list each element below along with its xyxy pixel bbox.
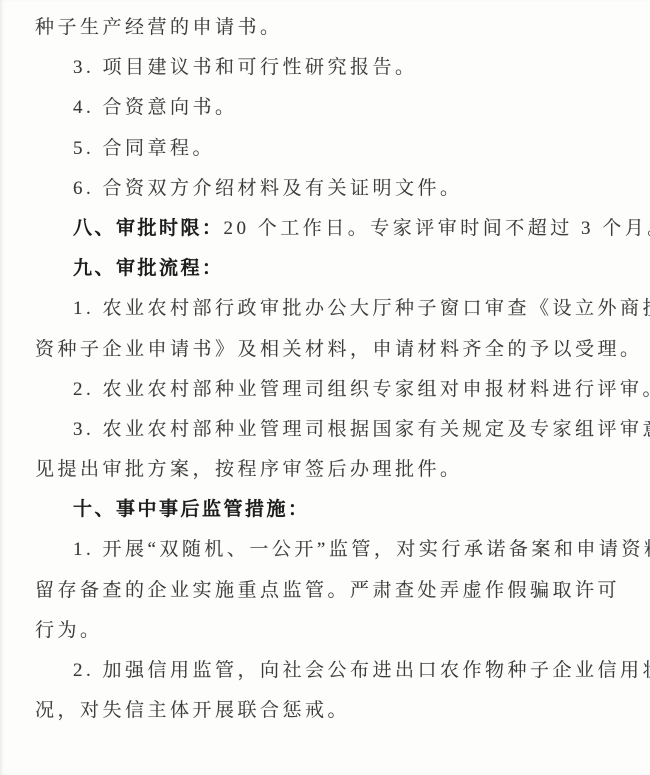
- body-text: 5. 合同章程。: [73, 138, 215, 159]
- document-page: 种子生产经营的申请书。 3. 项目建议书和可行性研究报告。 4. 合资意向书。 …: [0, 0, 650, 775]
- list-item-5: 5. 合同章程。: [35, 129, 634, 169]
- body-text: 3. 农业农村部种业管理司根据国家有关规定及专家组评审意: [73, 419, 650, 440]
- section-heading-approval-process: 九、审批流程：: [35, 249, 634, 289]
- body-text: 留存备查的企业实施重点监管。严肃查处弄虚作假骗取许可: [35, 580, 620, 601]
- supervision-item-2-line-1: 2. 加强信用监管，向社会公布进出口农作物种子企业信用状: [35, 651, 634, 691]
- process-step-2: 2. 农业农村部种业管理司组织专家组对申报材料进行评审。: [35, 370, 634, 410]
- body-text: 1. 开展“双随机、一公开”监管，对实行承诺备案和申请资料: [73, 539, 650, 560]
- supervision-item-1-line-3: 行为。: [35, 611, 634, 651]
- body-text: 2. 加强信用监管，向社会公布进出口农作物种子企业信用状: [73, 660, 650, 681]
- body-text: 4. 合资意向书。: [73, 97, 238, 118]
- body-text: 种子生产经营的申请书。: [35, 17, 283, 38]
- list-item-4: 4. 合资意向书。: [35, 88, 634, 128]
- body-text: 1. 农业农村部行政审批办公大厅种子窗口审查《设立外商投: [73, 298, 650, 319]
- body-text: 行为。: [35, 620, 103, 641]
- body-text: 6. 合资双方介绍材料及有关证明文件。: [73, 178, 463, 199]
- body-text: 3. 项目建议书和可行性研究报告。: [73, 57, 418, 78]
- list-item-3: 3. 项目建议书和可行性研究报告。: [35, 48, 634, 88]
- section-heading-text: 九、审批流程：: [73, 258, 224, 279]
- section-heading-approval-time-limit: 八、审批时限：20 个工作日。专家评审时间不超过 3 个月。: [35, 209, 634, 249]
- process-step-1-line-2: 资种子企业申请书》及相关材料，申请材料齐全的予以受理。: [35, 330, 634, 370]
- body-text: 20 个工作日。专家评审时间不超过 3 个月。: [224, 218, 650, 239]
- body-text: 2. 农业农村部种业管理司组织专家组对申报材料进行评审。: [73, 379, 650, 400]
- supervision-item-1-line-1: 1. 开展“双随机、一公开”监管，对实行承诺备案和申请资料: [35, 530, 634, 570]
- body-text: 况，对失信主体开展联合惩戒。: [35, 700, 350, 721]
- process-step-3-line-1: 3. 农业农村部种业管理司根据国家有关规定及专家组评审意: [35, 410, 634, 450]
- paragraph-continuation-line: 种子生产经营的申请书。: [35, 8, 634, 48]
- list-item-6: 6. 合资双方介绍材料及有关证明文件。: [35, 169, 634, 209]
- supervision-item-2-line-2: 况，对失信主体开展联合惩戒。: [35, 691, 634, 731]
- body-text: 见提出审批方案，按程序审签后办理批件。: [35, 459, 463, 480]
- process-step-1-line-1: 1. 农业农村部行政审批办公大厅种子窗口审查《设立外商投: [35, 289, 634, 329]
- section-heading-text: 八、审批时限：: [73, 218, 224, 239]
- process-step-3-line-2: 见提出审批方案，按程序审签后办理批件。: [35, 450, 634, 490]
- section-heading-text: 十、事中事后监管措施：: [73, 499, 310, 520]
- supervision-item-1-line-2: 留存备查的企业实施重点监管。严肃查处弄虚作假骗取许可: [35, 571, 634, 611]
- body-text: 资种子企业申请书》及相关材料，申请材料齐全的予以受理。: [35, 339, 643, 360]
- section-heading-supervision-measures: 十、事中事后监管措施：: [35, 490, 634, 530]
